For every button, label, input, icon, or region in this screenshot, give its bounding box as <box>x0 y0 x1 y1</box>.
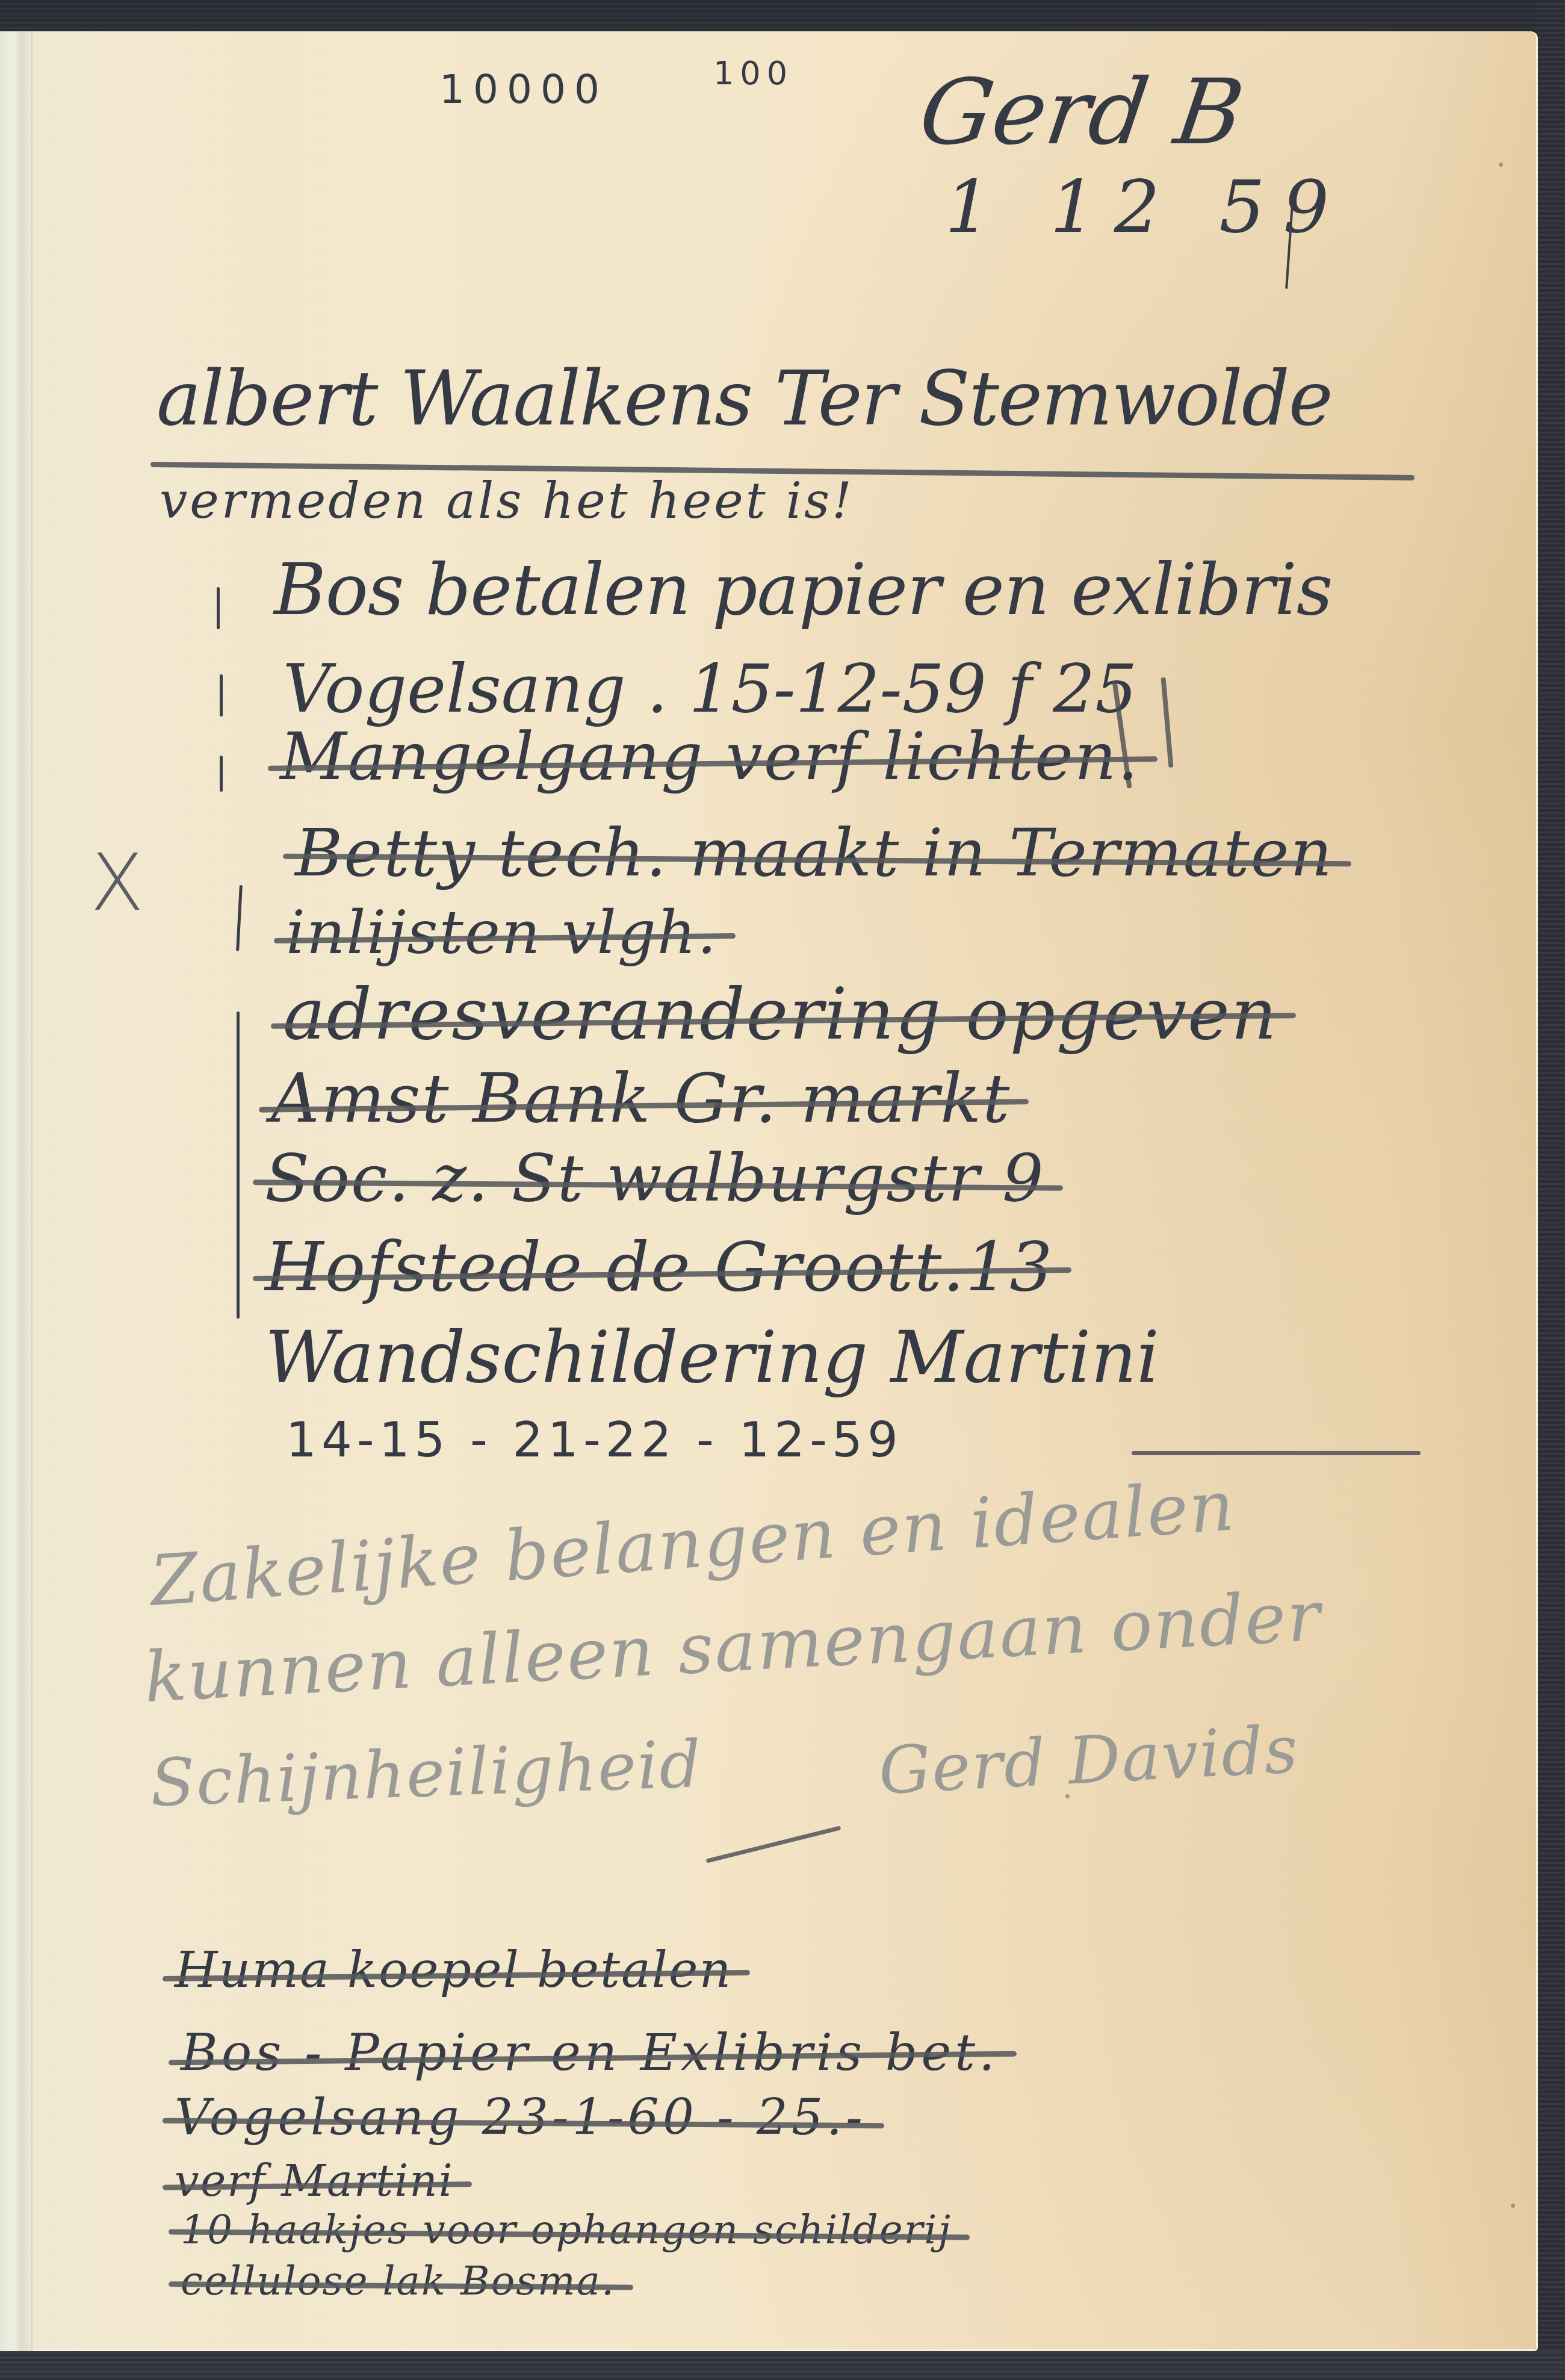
list-four-item-2: Bos - Papier en Exlibris bet. <box>181 2023 999 2082</box>
struck-text: Huma koepel betalen <box>175 1942 732 1999</box>
list-four-item-4: verf Martini <box>175 2155 454 2206</box>
list-four-item-3: Vogelsang 23-1-60 - 25.- <box>175 2089 866 2146</box>
struck-text: verf Martini <box>175 2155 454 2206</box>
mural-note-rule <box>1132 1451 1421 1455</box>
paper-speck <box>409 1349 414 1353</box>
struck-text: Soc. z. St walburgstr 9 <box>265 1141 1045 1216</box>
struck-text: Mangelgang verf lichten. <box>280 719 1139 795</box>
paper-speck <box>1499 163 1503 167</box>
title: albert Waalkens Ter Stemwolde <box>156 355 1332 443</box>
list-one-item-1: Bos betalen papier en exlibris <box>274 548 1332 631</box>
list-one-marker-3 <box>220 756 223 792</box>
list-four-item-1: Huma koepel betalen <box>175 1942 732 1999</box>
list-three-item-2: Amst Bank Gr. markt <box>271 1060 1011 1138</box>
list-four-item-6: cellulose lak Bosma. <box>181 2258 615 2304</box>
paper-speck <box>1511 2204 1515 2208</box>
struck-text: Hofstede de Groott.13 <box>265 1228 1053 1307</box>
margin-x-mark: X <box>90 837 144 928</box>
list-three-item-1: adresverandering opgeven <box>283 972 1278 1055</box>
background-top <box>0 0 1565 31</box>
list-three-item-4: Hofstede de Groott.13 <box>265 1228 1053 1307</box>
signature: Gerd B <box>914 60 1250 165</box>
struck-text: Bos - Papier en Exlibris bet. <box>181 2023 999 2082</box>
mural-note-title: Wandschildering Martini <box>265 1316 1159 1399</box>
list-one-marker-2 <box>220 674 223 716</box>
struck-text: Betty tech. maakt in Termaten <box>295 816 1333 891</box>
struck-text: Amst Bank Gr. markt <box>271 1060 1011 1138</box>
struck-text: Vogelsang 23-1-60 - 25.- <box>175 2089 866 2146</box>
background-right <box>1536 0 1565 2380</box>
struck-text: 10 haakjes voor ophangen schilderij <box>181 2207 952 2253</box>
header-number-10000: 10000 <box>439 66 608 113</box>
list-four-item-5: 10 haakjes voor ophangen schilderij <box>181 2207 952 2253</box>
list-two-item-2: inlijsten vlgh. <box>286 897 717 968</box>
struck-text: inlijsten vlgh. <box>286 897 717 968</box>
struck-text: cellulose lak Bosma. <box>181 2258 615 2304</box>
header-number-100: 100 <box>713 54 793 92</box>
subtitle-note: vermeden als het heet is! <box>160 473 854 530</box>
signature-date: 1 12 59 <box>945 166 1347 249</box>
paper-speck <box>1065 1794 1070 1798</box>
list-one-item-2: Vogelsang . 15-12-59 f 25 <box>283 650 1137 727</box>
list-one-marker-1 <box>217 587 220 629</box>
book-binding-edge <box>0 31 33 2351</box>
mural-note-dates: 14-15 - 21-22 - 12-59 <box>286 1412 903 1468</box>
list-three-item-3: Soc. z. St walburgstr 9 <box>265 1141 1045 1216</box>
list-two-item-1: Betty tech. maakt in Termaten <box>295 816 1333 891</box>
list-three-bracket <box>237 1011 240 1319</box>
list-one-item-3: Mangelgang verf lichten. <box>280 719 1139 795</box>
background-bottom <box>0 2351 1565 2380</box>
struck-text: adresverandering opgeven <box>283 972 1278 1055</box>
